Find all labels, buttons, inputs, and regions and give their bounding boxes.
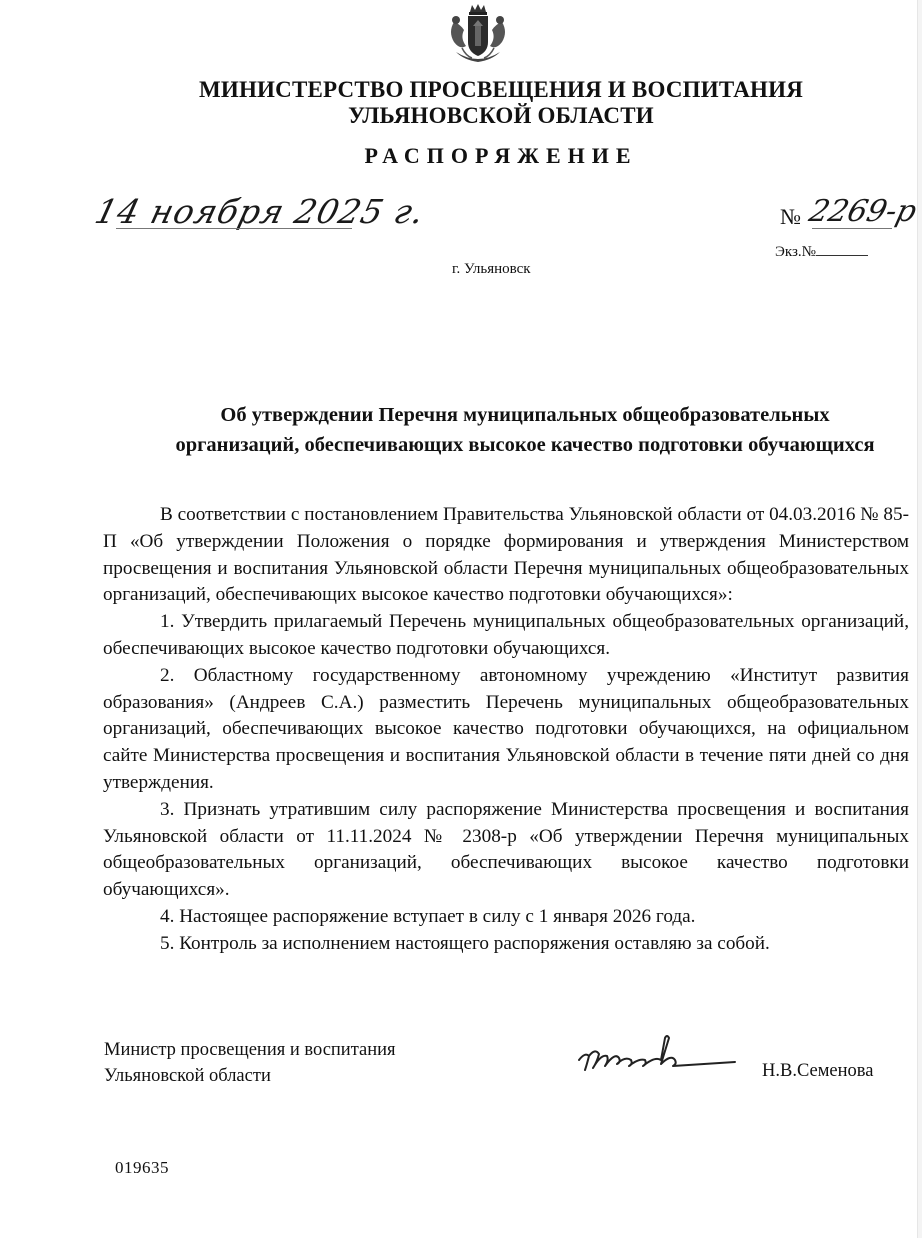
order-item-1: 1. Утвердить прилагаемый Перечень муници… — [103, 609, 909, 663]
signatory-position: Министр просвещения и воспитания Ульянов… — [104, 1037, 396, 1089]
city: г. Ульяновск — [452, 261, 531, 278]
number-sign: № — [780, 204, 801, 230]
document-number-value: 2269-р — [806, 194, 920, 229]
document-body: В соответствии с постановлением Правител… — [103, 502, 909, 958]
page-edge — [917, 0, 922, 1238]
title-line1: Об утверждении Перечня муниципальных общ… — [140, 400, 910, 430]
position-line2: Ульяновской области — [104, 1063, 396, 1089]
title-line2: организаций, обеспечивающих высокое каче… — [140, 430, 910, 460]
order-item-5: 5. Контроль за исполнением настоящего ра… — [103, 931, 909, 958]
document-type: РАСПОРЯЖЕНИЕ — [40, 143, 922, 169]
document-title: Об утверждении Перечня муниципальных общ… — [140, 400, 910, 460]
order-item-4: 4. Настоящее распоряжение вступает в сил… — [103, 904, 909, 931]
copy-blank-line — [816, 255, 868, 256]
number-underline — [812, 228, 892, 229]
document-date: 14 ноября 2025 г. — [91, 192, 429, 231]
date-underline — [116, 228, 352, 229]
copy-number: Экз.№ — [775, 244, 868, 261]
handwritten-signature-icon — [575, 1030, 745, 1080]
copy-label: Экз.№ — [775, 244, 816, 260]
order-item-2: 2. Областному государственному автономно… — [103, 663, 909, 797]
serial-number: 019635 — [115, 1158, 169, 1178]
organization-name-line2: УЛЬЯНОВСКОЙ ОБЛАСТИ — [40, 102, 922, 129]
organization-name-line1: МИНИСТЕРСТВО ПРОСВЕЩЕНИЯ И ВОСПИТАНИЯ — [40, 76, 922, 103]
signatory-name: Н.В.Семенова — [762, 1061, 874, 1082]
order-item-3: 3. Признать утратившим силу распоряжение… — [103, 797, 909, 904]
coat-of-arms-icon — [442, 2, 514, 68]
preamble-paragraph: В соответствии с постановлением Правител… — [103, 502, 909, 609]
position-line1: Министр просвещения и воспитания — [104, 1037, 396, 1063]
